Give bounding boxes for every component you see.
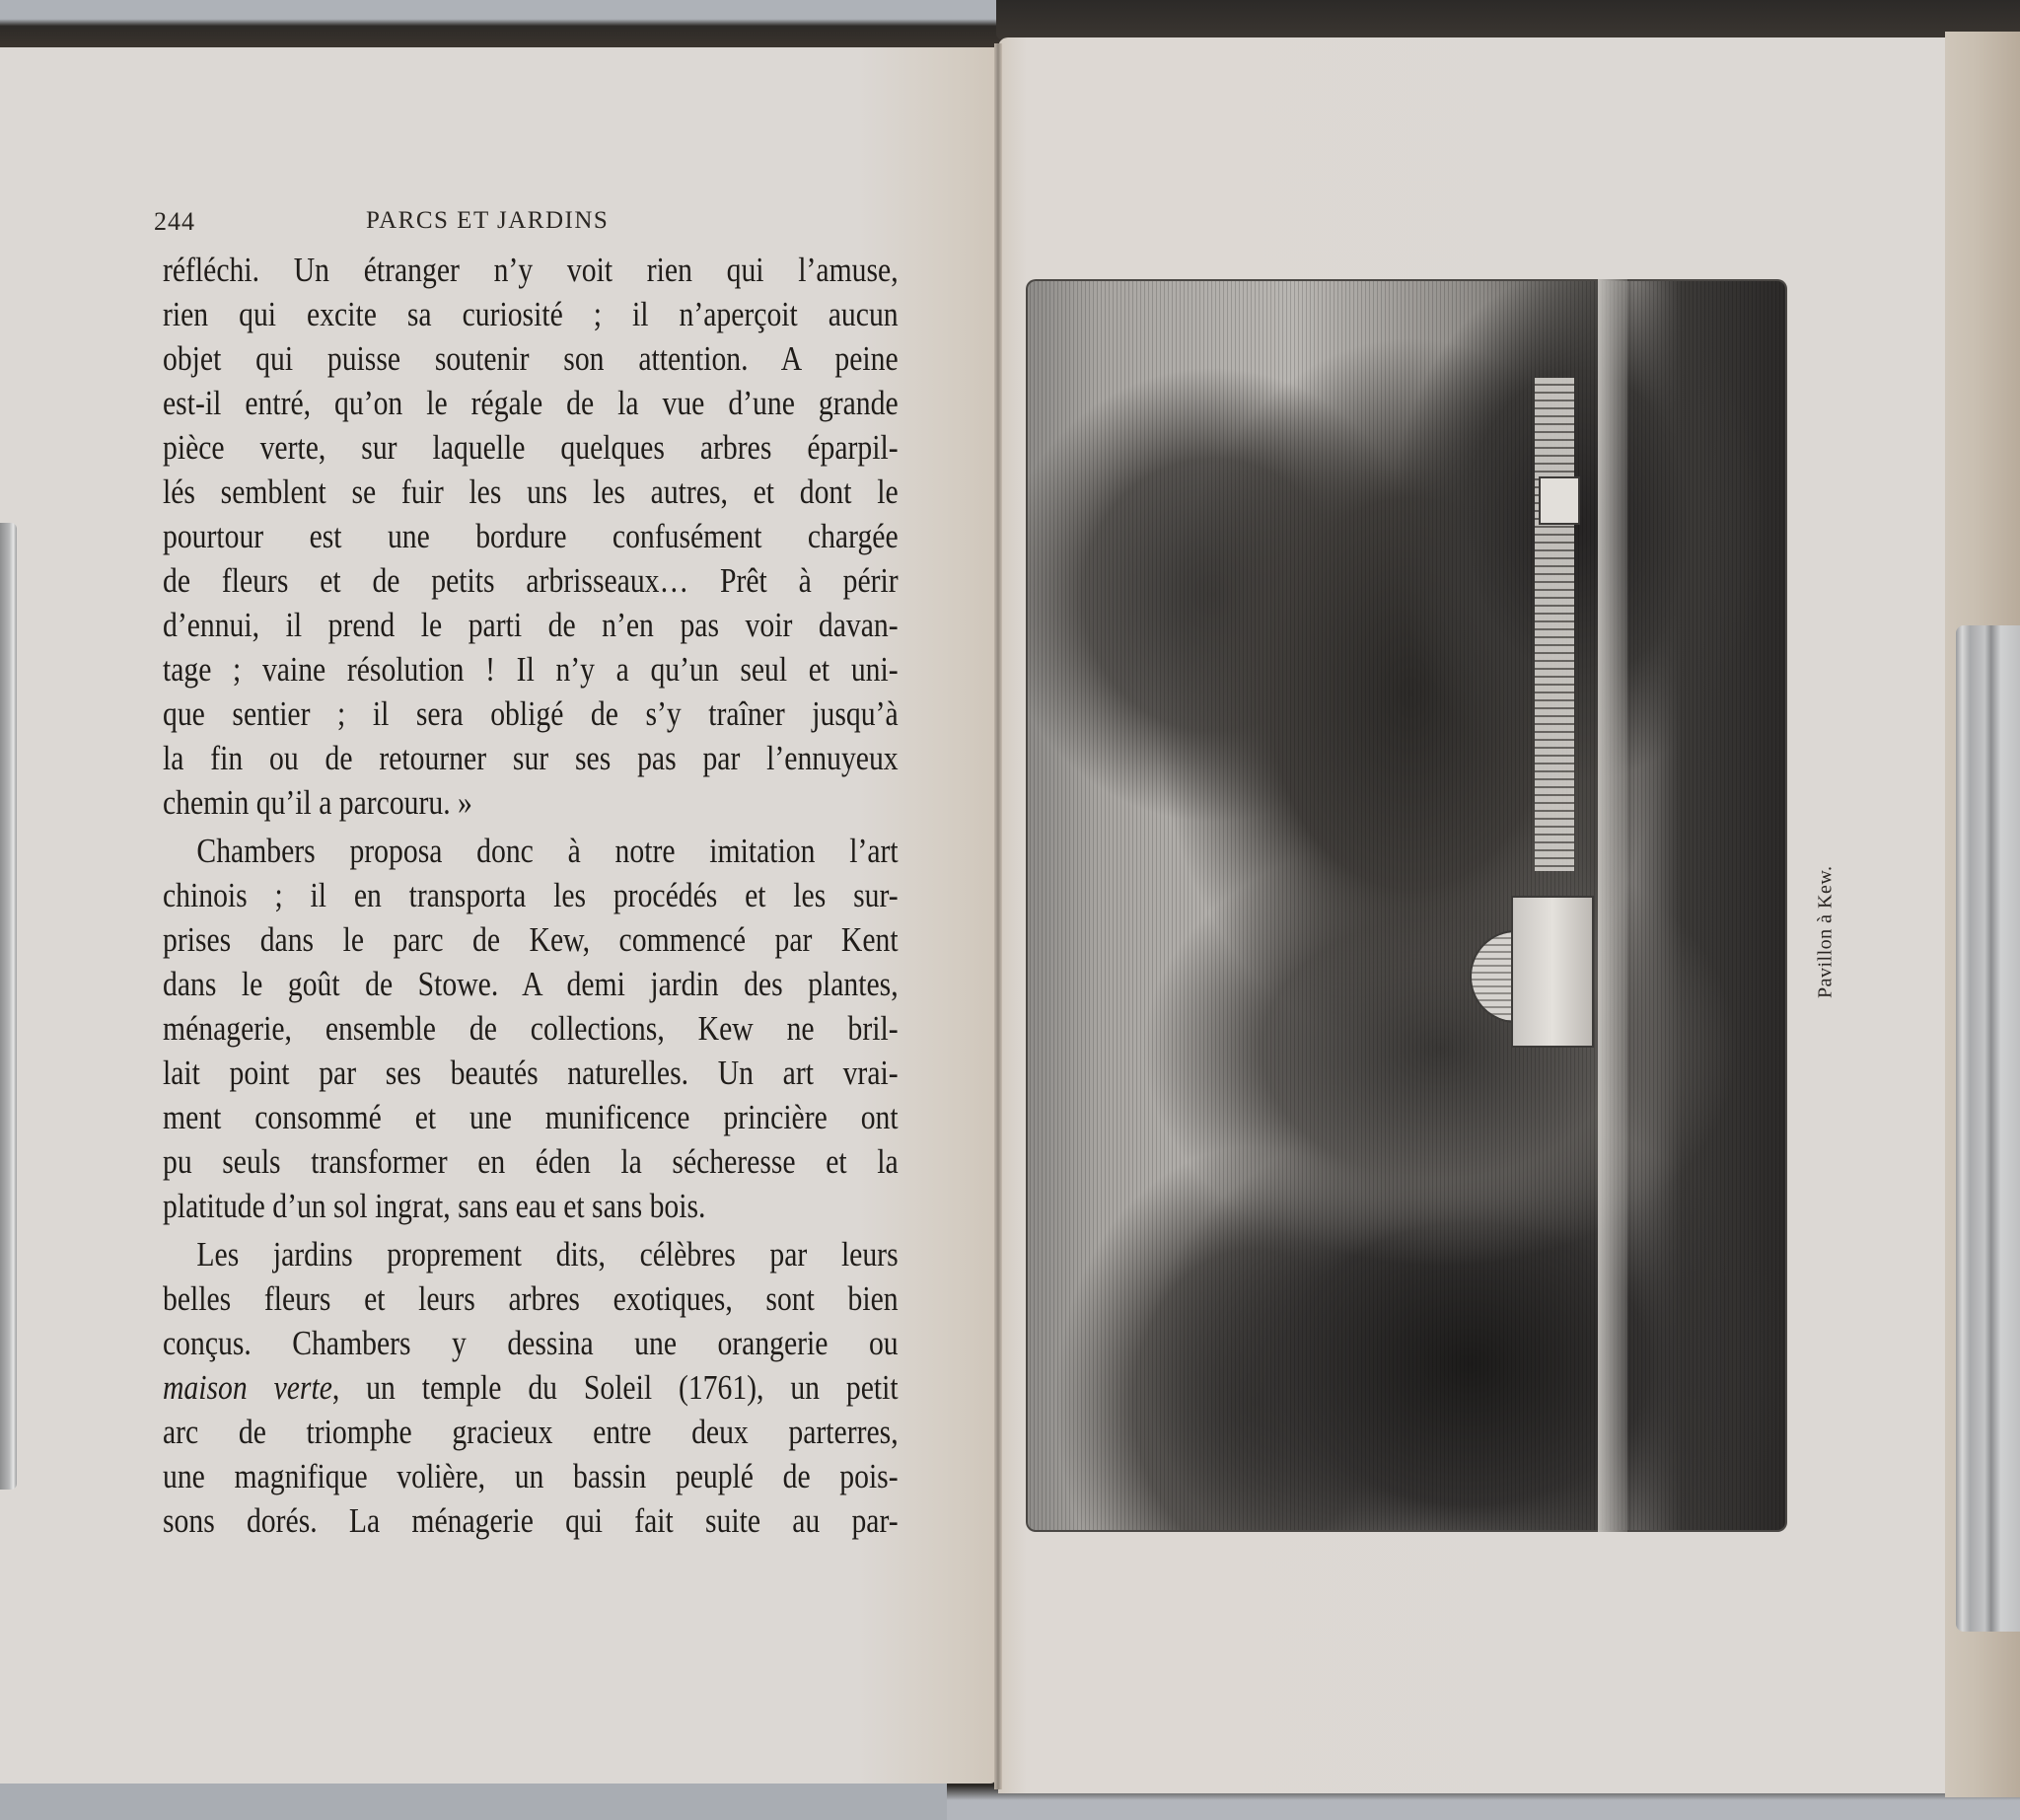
text-line: est-il entré, qu’on le régale de la vue … [163,382,899,426]
running-head-title: PARCS ET JARDINS [366,207,609,235]
text-line: d’ennui, il prend le parti de n’en pas v… [163,604,899,648]
text-line: arc de triomphe gracieux entre deux part… [163,1411,899,1455]
text-line: réfléchi. Un étranger n’y voit rien qui … [163,249,899,293]
text-line: de fleurs et de petits arbrisseaux… Prêt… [163,559,899,604]
text-line: chinois ; il en transporta les procédés … [163,874,899,918]
text-line: tage ; vaine résolution ! Il n’y a qu’un… [163,648,899,692]
book-cover-top-right [996,0,2020,39]
text-line: Les jardins proprement dits, célèbres pa… [163,1233,899,1277]
text-line: ment consommé et une munificence princiè… [163,1096,899,1140]
running-head: 244 PARCS ET JARDINS [154,207,896,243]
text-segment: , un temple du Soleil (1761), un petit [332,1369,899,1407]
text-line: lait point par ses beautés naturelles. U… [163,1052,899,1096]
text-line: chemin qu’il a parcouru. » [163,781,899,826]
engraving-terrace [1535,378,1574,871]
text-line: prises dans le parc de Kew, commencé par… [163,918,899,963]
text-line: sons dorés. La ménagerie qui fait suite … [163,1499,899,1544]
engraving-small-building [1539,476,1580,525]
text-line: Chambers proposa donc à notre imitation … [163,830,899,874]
engraving-pavilion [1511,896,1594,1048]
text-line: pourtour est une bordure confusément cha… [163,515,899,559]
text-line: lés semblent se fuir les uns les autres,… [163,471,899,515]
text-line: conçus. Chambers y dessina une orangerie… [163,1322,899,1366]
left-page-clip [0,523,17,1490]
book-gutter [994,43,1002,1789]
text-line: ménagerie, ensemble de collections, Kew … [163,1007,899,1052]
text-line: une magnifique volière, un bassin peuplé… [163,1455,899,1499]
engraving-illustration [1026,279,1787,1532]
text-line: platitude d’un sol ingrat, sans eau et s… [163,1185,899,1229]
text-line: rien qui excite sa curiosité ; il n’aper… [163,293,899,337]
italic-phrase: maison verte [163,1369,332,1407]
left-page-body-text: réfléchi. Un étranger n’y voit rien qui … [163,249,796,1544]
illustration-caption: Pavillon à Kew. [1811,838,1840,1026]
page-number: 244 [154,207,195,237]
text-line: maison verte, un temple du Soleil (1761)… [163,1366,899,1411]
text-line: pu seuls transformer en éden la sécheres… [163,1140,899,1185]
right-page-clip [1956,625,2020,1632]
text-line: la fin ou de retourner sur ses pas par l… [163,737,899,781]
text-line: pièce verte, sur laquelle quelques arbre… [163,426,899,471]
engraving-path [1598,279,1627,1532]
text-line: belles fleurs et leurs arbres exotiques,… [163,1277,899,1322]
text-line: objet qui puisse soutenir son attention.… [163,337,899,382]
text-line: que sentier ; il sera obligé de s’y traî… [163,692,899,737]
text-line: dans le goût de Stowe. A demi jardin des… [163,963,899,1007]
